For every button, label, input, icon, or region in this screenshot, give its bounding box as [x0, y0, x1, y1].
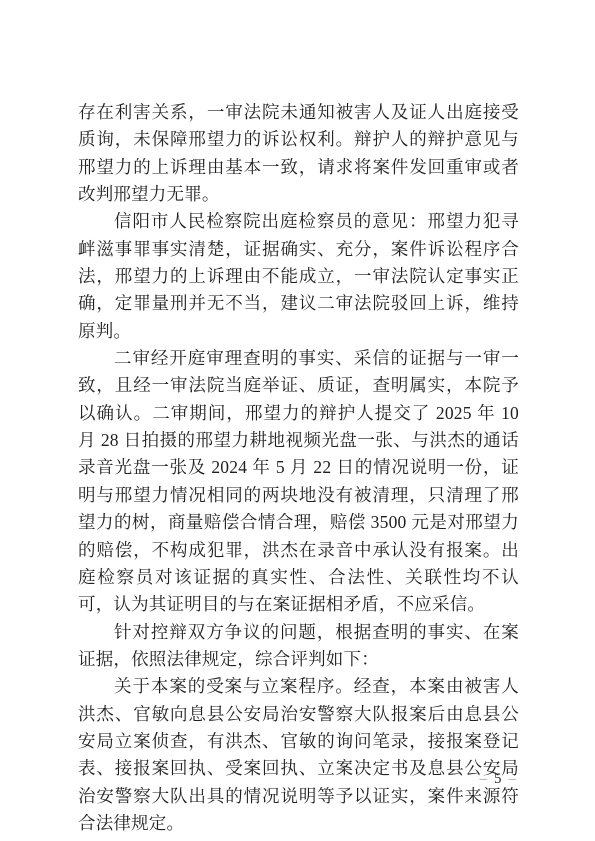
page-footer: –5–: [0, 768, 520, 790]
paragraph: 信阳市人民检察院出庭检察员的意见：邢望力犯寻衅滋事罪事实清楚，证据确实、充分，案…: [78, 208, 519, 345]
paragraph: 二审经开庭审理查明的事实、采信的证据与一审一致，且经一审法院当庭举证、质证，查明…: [78, 345, 519, 618]
paragraph: 针对控辩双方争议的问题，根据查明的事实、在案证据，依照法律规定，综合评判如下：: [78, 619, 519, 674]
document-body: 存在利害关系，一审法院未通知被害人及证人出庭接受质询，未保障邢望力的诉讼权利。辩…: [78, 99, 519, 837]
page-number: 5: [491, 771, 505, 787]
paragraph: 存在利害关系，一审法院未通知被害人及证人出庭接受质询，未保障邢望力的诉讼权利。辩…: [78, 99, 519, 208]
document-page: 存在利害关系，一审法院未通知被害人及证人出庭接受质询，未保障邢望力的诉讼权利。辩…: [0, 0, 595, 841]
page-number-dash-right: –: [505, 771, 521, 787]
page-number-dash-left: –: [476, 771, 492, 787]
paragraph: 关于本案的受案与立案程序。经查，本案由被害人洪杰、官敏向息县公安局治安警察大队报…: [78, 673, 519, 837]
